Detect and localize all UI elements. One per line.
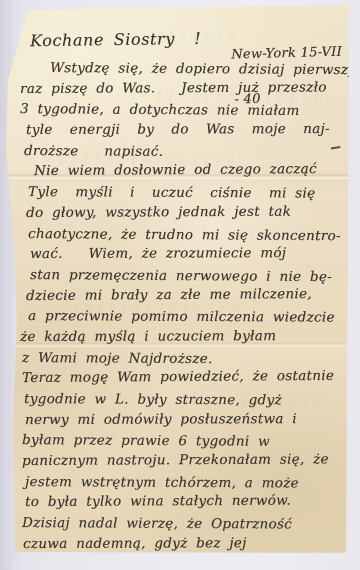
letter-line: panicznym nastroju. Przekonałam się, że: [22, 449, 349, 471]
letter-line: Nie wiem dosłownie od czego zacząć: [34, 159, 349, 182]
letter-salutation: Kochane Siostry !: [30, 29, 202, 50]
letter-line: tyle energji by do Was moje naj-: [26, 119, 349, 141]
letter-paper: New-York 15-VII - 40 Kochane Siostry ! W…: [4, 4, 353, 555]
letter-body: Wstydzę się, że dopiero dzisiaj pierwszy…: [4, 58, 349, 555]
letter-line: dziecie mi brały za złe me milczenie,: [26, 283, 349, 306]
letter-line: tygodnie w L. były straszne, gdyż: [24, 389, 349, 411]
letter-line: Teraz mogę Wam powiedzieć, że ostatnie: [22, 366, 349, 389]
letter-line: że każdą myślą i uczuciem byłam: [20, 326, 349, 348]
letter-line: czuwa nademną, gdyż bez jej: [23, 533, 349, 555]
letter-line: wać. Wiem, że zrozumiecie mój: [30, 243, 349, 265]
photo-background: New-York 15-VII - 40 Kochane Siostry ! W…: [0, 0, 360, 570]
letter-line: do głowy, wszystko jednak jest tak: [26, 201, 349, 223]
letter-line: to była tylko wina stałych nerwów.: [25, 491, 349, 513]
letter-line: raz piszę do Was. Jestem już przeszło: [20, 77, 349, 99]
letter-line: nerwy mi odmówiły posłuszeństwa i: [25, 409, 349, 431]
